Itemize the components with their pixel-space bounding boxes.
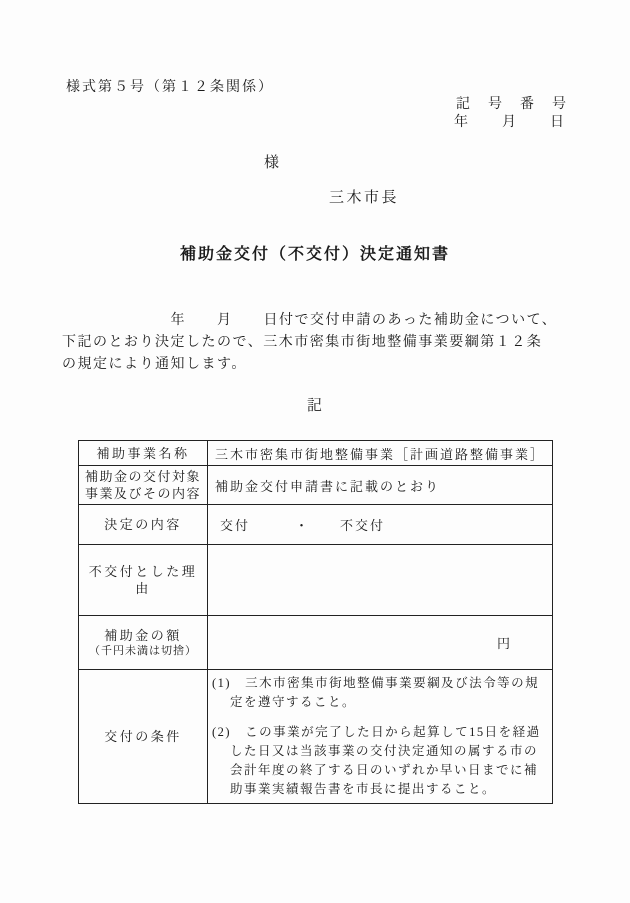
table-row-conditions: 交付の条件 (1) 三木市密集市街地整備事業要綱及び法令等の規定を遵守すること。… (79, 670, 553, 804)
row-value-target: 補助金交付申請書に記載のとおり (208, 466, 553, 505)
row-value-conditions: (1) 三木市密集市街地整備事業要綱及び法令等の規定を遵守すること。 (2) こ… (208, 670, 553, 804)
sender-name: 三木市長 (329, 189, 399, 207)
body-line: 下記のとおり決定したので、三木市密集市街地整備事業要綱第１２条 (62, 332, 574, 354)
document-page: 様式第５号（第１２条関係） 記 号 番 号 年 月 日 様 三木市長 補助金交付… (0, 0, 630, 903)
table-row-reason: 不交付とした理由 (79, 545, 553, 616)
row-value-project-name: 三木市密集市街地整備事業［計画道路整備事業］ (208, 441, 553, 466)
row-label-amount-main: 補助金の額 (83, 627, 203, 644)
table-row-amount: 補助金の額 （千円未満は切捨） 円 (79, 616, 553, 670)
row-label-amount: 補助金の額 （千円未満は切捨） (79, 616, 208, 670)
date-line: 年 月 日 (454, 114, 566, 131)
ki-marker: 記 (0, 397, 630, 415)
row-value-reason (208, 545, 553, 616)
row-value-amount: 円 (208, 616, 553, 670)
table-row-target: 補助金の交付対象 事業及びその内容 補助金交付申請書に記載のとおり (79, 466, 553, 505)
row-label-target-line1: 補助金の交付対象 (83, 468, 203, 485)
condition-item-2: (2) この事業が完了した日から起算して15日を経過した日又は当該事業の交付決定… (212, 723, 546, 799)
document-title: 補助金交付（不交付）決定通知書 (0, 244, 630, 265)
table-row-decision: 決定の内容 交付 ・ 不交付 (79, 505, 553, 545)
row-label-conditions: 交付の条件 (79, 670, 208, 804)
notice-table: 補助事業名称 三木市密集市街地整備事業［計画道路整備事業］ 補助金の交付対象 事… (78, 440, 553, 804)
reference-number-label: 記 号 番 号 (456, 96, 568, 113)
body-paragraph: 年 月 日付で交付申請のあった補助金について、 下記のとおり決定したので、三木市… (62, 310, 574, 376)
row-label-amount-sublabel: （千円未満は切捨） (83, 644, 203, 658)
body-line: 年 月 日付で交付申請のあった補助金について、 (62, 310, 574, 332)
table-row-project-name: 補助事業名称 三木市密集市街地整備事業［計画道路整備事業］ (79, 441, 553, 466)
form-number: 様式第５号（第１２条関係） (66, 79, 274, 96)
row-label-target-line2: 事業及びその内容 (83, 485, 203, 502)
row-label-project-name: 補助事業名称 (79, 441, 208, 466)
condition-item-1: (1) 三木市密集市街地整備事業要綱及び法令等の規定を遵守すること。 (212, 674, 546, 712)
row-label-reason: 不交付とした理由 (79, 545, 208, 616)
row-label-target: 補助金の交付対象 事業及びその内容 (79, 466, 208, 505)
row-value-decision: 交付 ・ 不交付 (208, 505, 553, 545)
body-line: の規定により通知します。 (62, 354, 574, 376)
row-label-decision: 決定の内容 (79, 505, 208, 545)
addressee-suffix: 様 (264, 154, 281, 172)
